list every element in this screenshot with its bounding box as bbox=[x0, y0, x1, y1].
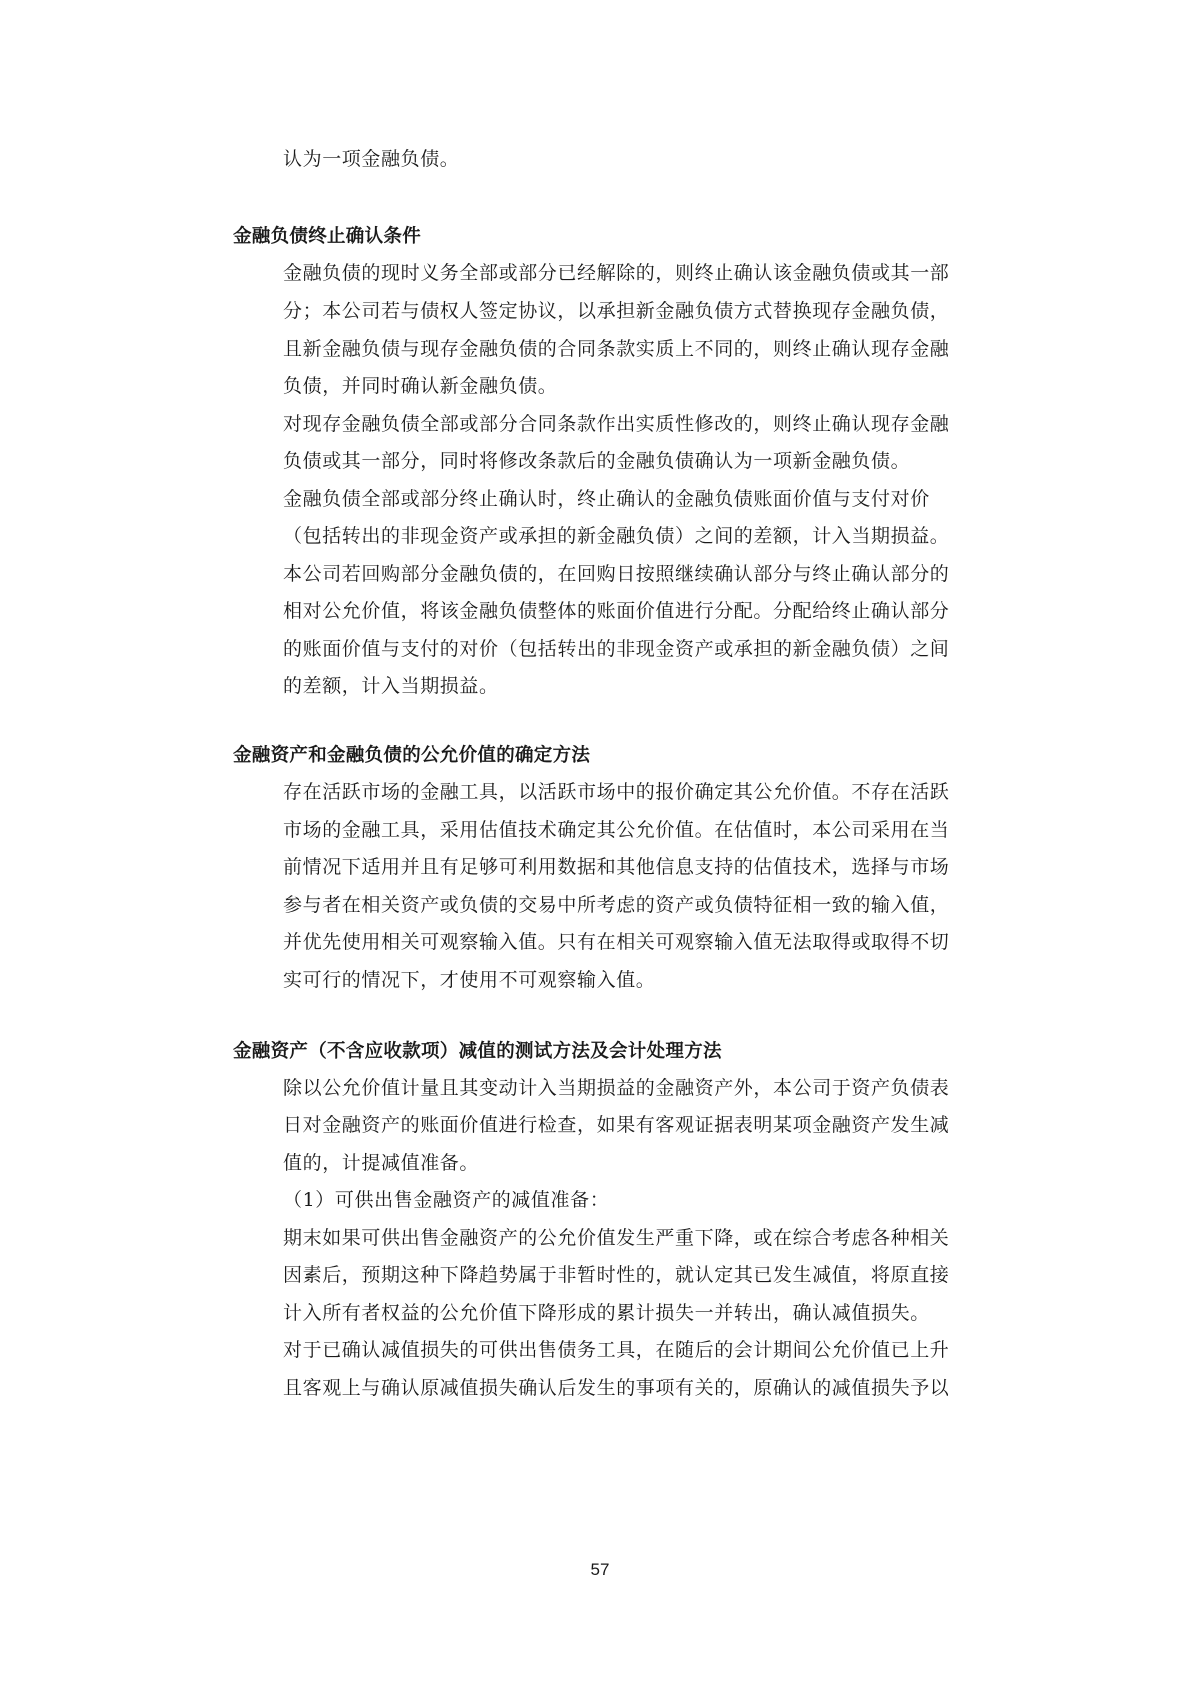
paragraph-line: 负债，并同时确认新金融负债。 bbox=[283, 375, 557, 397]
paragraph-line: 除以公允价值计量且其变动计入当期损益的金融资产外，本公司于资产负债表 bbox=[283, 1077, 949, 1099]
paragraph-line: 负债或其一部分，同时将修改条款后的金融负债确认为一项新金融负债。 bbox=[283, 450, 910, 472]
section-heading: 金融负债终止确认条件 bbox=[233, 226, 421, 248]
paragraph-line: 计入所有者权益的公允价值下降形成的累计损失一并转出，确认减值损失。 bbox=[283, 1302, 930, 1324]
section-heading: 金融资产和金融负债的公允价值的确定方法 bbox=[233, 745, 590, 767]
paragraph-line: 存在活跃市场的金融工具，以活跃市场中的报价确定其公允价值。不存在活跃 bbox=[283, 781, 949, 803]
paragraph-line: 期末如果可供出售金融资产的公允价值发生严重下降，或在综合考虑各种相关 bbox=[283, 1227, 949, 1249]
paragraph-line: 的账面价值与支付的对价（包括转出的非现金资产或承担的新金融负债）之间 bbox=[283, 638, 949, 660]
paragraph-line: （1）可供出售金融资产的减值准备： bbox=[283, 1189, 609, 1211]
section-heading: 金融资产（不含应收款项）减值的测试方法及会计处理方法 bbox=[233, 1041, 722, 1063]
paragraph-line: 且客观上与确认原减值损失确认后发生的事项有关的，原确认的减值损失予以 bbox=[283, 1377, 949, 1399]
paragraph-line: 对现存金融负债全部或部分合同条款作出实质性修改的，则终止确认现存金融 bbox=[283, 413, 949, 435]
paragraph-line: 前情况下适用并且有足够可利用数据和其他信息支持的估值技术，选择与市场 bbox=[283, 856, 949, 878]
paragraph-line: 实可行的情况下，才使用不可观察输入值。 bbox=[283, 969, 655, 991]
paragraph-line: 认为一项金融负债。 bbox=[283, 148, 459, 170]
paragraph-line: 对于已确认减值损失的可供出售债务工具，在随后的会计期间公允价值已上升 bbox=[283, 1339, 949, 1361]
paragraph-line: 金融负债的现时义务全部或部分已经解除的，则终止确认该金融负债或其一部 bbox=[283, 262, 949, 284]
paragraph-line: 的差额，计入当期损益。 bbox=[283, 675, 499, 697]
paragraph-line: 本公司若回购部分金融负债的，在回购日按照继续确认部分与终止确认部分的 bbox=[283, 563, 949, 585]
page-number: 57 bbox=[0, 1560, 1200, 1580]
paragraph-line: （包括转出的非现金资产或承担的新金融负债）之间的差额，计入当期损益。 bbox=[283, 525, 949, 547]
paragraph-line: 市场的金融工具，采用估值技术确定其公允价值。在估值时，本公司采用在当 bbox=[283, 819, 949, 841]
paragraph-line: 金融负债全部或部分终止确认时，终止确认的金融负债账面价值与支付对价 bbox=[283, 488, 930, 510]
paragraph-line: 并优先使用相关可观察输入值。只有在相关可观察输入值无法取得或取得不切 bbox=[283, 931, 949, 953]
paragraph-line: 分；本公司若与债权人签定协议，以承担新金融负债方式替换现存金融负债， bbox=[283, 300, 949, 322]
paragraph-line: 因素后，预期这种下降趋势属于非暂时性的，就认定其已发生减值，将原直接 bbox=[283, 1264, 949, 1286]
paragraph-line: 参与者在相关资产或负债的交易中所考虑的资产或负债特征相一致的输入值， bbox=[283, 894, 949, 916]
paragraph-line: 值的，计提减值准备。 bbox=[283, 1152, 479, 1174]
paragraph-line: 且新金融负债与现存金融负债的合同条款实质上不同的，则终止确认现存金融 bbox=[283, 338, 949, 360]
paragraph-line: 相对公允价值，将该金融负债整体的账面价值进行分配。分配给终止确认部分 bbox=[283, 600, 949, 622]
paragraph-line: 日对金融资产的账面价值进行检查，如果有客观证据表明某项金融资产发生减 bbox=[283, 1114, 949, 1136]
